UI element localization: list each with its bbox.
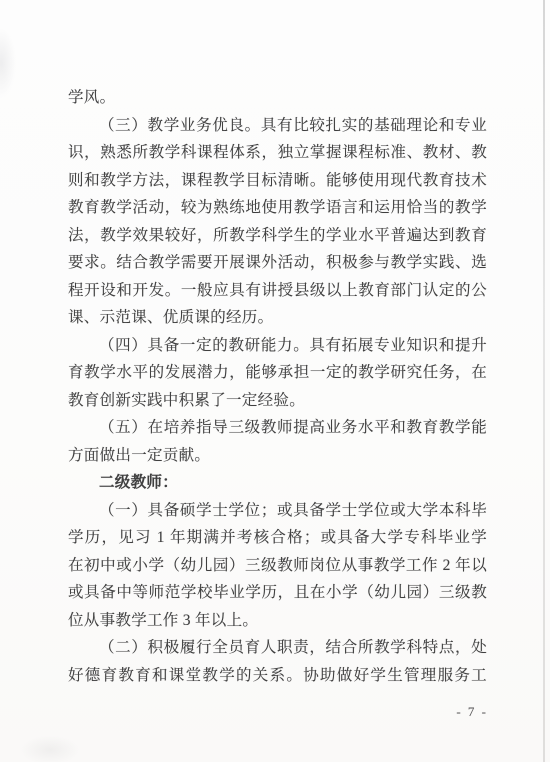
- text-line: （五）在培养指导三级教师提高业务水平和教育教学能力: [68, 414, 487, 442]
- text-line: 教育教学活动，较为熟练地使用教学语言和运用恰当的教学方: [68, 194, 487, 222]
- page-number: - 7 -: [0, 702, 488, 722]
- text-line: 教育创新实践中积累了一定经验。: [68, 387, 487, 415]
- text-line: （三）教学业务优良。具有比较扎实的基础理论和专业知: [68, 112, 487, 140]
- text-line: 课、示范课、优质课的经历。: [68, 304, 487, 332]
- text-line: 学风。: [68, 84, 487, 112]
- scan-edge-line: [543, 0, 545, 762]
- text-line: 法，教学效果较好，所教学科学生的学业水平普遍达到教育质量: [68, 222, 487, 250]
- document-body: 学风。（三）教学业务优良。具有比较扎实的基础理论和专业知识，熟悉所教学科课程体系…: [68, 84, 487, 689]
- text-line: 或具备中等师范学校毕业学历，且在小学（幼儿园）三级教师岗: [68, 579, 487, 607]
- text-line: （四）具备一定的教研能力。具有拓展专业知识和提升教: [68, 332, 487, 360]
- scan-smudge: [20, 735, 80, 762]
- text-line: 好德育教育和课堂教学的关系。协助做好学生管理服务工作，关: [68, 662, 487, 690]
- text-line: 学历，见习 1 年期满并考核合格；或具备大学专科毕业学历，且: [68, 524, 487, 552]
- document-page: 学风。（三）教学业务优良。具有比较扎实的基础理论和专业知识，熟悉所教学科课程体系…: [0, 0, 550, 762]
- text-line: 识，熟悉所教学科课程体系，独立掌握课程标准、教材、教学原: [68, 139, 487, 167]
- scan-smudge: [0, 28, 16, 98]
- text-line: （一）具备硕学士学位；或具备学士学位或大学本科毕业: [68, 497, 487, 525]
- text-line: 二级教师：: [68, 469, 487, 497]
- text-line: 位从事教学工作 3 年以上。: [68, 607, 487, 635]
- text-line: （二）积极履行全员育人职责，结合所教学科特点，处理: [68, 634, 487, 662]
- text-line: 程开设和开发。一般应具有讲授县级以上教育部门认定的公开: [68, 277, 487, 305]
- text-line: 在初中或小学（幼儿园）三级教师岗位从事教学工作 2 年以上；: [68, 552, 487, 580]
- text-line: 育教学水平的发展潜力，能够承担一定的教学研究任务，在素质: [68, 359, 487, 387]
- text-line: 要求。结合教学需要开展课外活动，积极参与教学实践、选修课: [68, 249, 487, 277]
- text-line: 方面做出一定贡献。: [68, 442, 487, 470]
- text-line: 则和教学方法，课程教学目标清晰。能够使用现代教育技术开展: [68, 167, 487, 195]
